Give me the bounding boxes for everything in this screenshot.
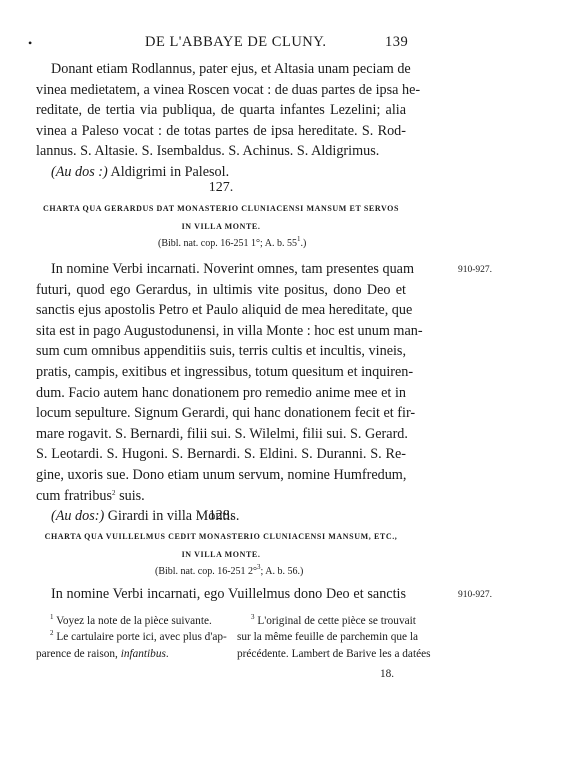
charter-title-128-line1: CHARTA QUA VUILLELMUS CEDIT MONASTERIO C… <box>36 532 406 541</box>
text-line: vinea a Paleso vocat : de totas partes d… <box>36 121 406 142</box>
text-line: vinea medietatem, a vinea Roscen vocat :… <box>36 80 406 101</box>
footnote-3-line3: précédente. Lambert de Barive les a daté… <box>237 646 407 662</box>
footnotes-left: 1 Voyez la note de la pièce suivante. 2 … <box>36 613 226 662</box>
endorsement-label: (Au dos :) <box>51 164 108 180</box>
text-line: sita est in pago Augustodunensi, in vill… <box>36 321 406 342</box>
footnote-text: L'original de cette pièce se trouvait <box>255 615 416 627</box>
source-ref-end: ; A. b. 56.) <box>261 566 304 577</box>
footnotes-right: 3 L'original de cette pièce se trouvait … <box>237 613 407 662</box>
text-line: futuri, quod ego Gerardus, in ultimis vi… <box>36 280 406 301</box>
text-line: S. Leotardi. S. Hugoni. S. Bernardi. S. … <box>36 444 406 465</box>
running-header: • DE L'ABBAYE DE CLUNY. 139 <box>0 34 565 54</box>
source-reference-127: (Bibl. nat. cop. 16-251 1°; A. b. 551.) <box>158 238 306 249</box>
charter-title-128-line2: IN VILLA MONTE. <box>36 550 406 559</box>
footnote-text: Voyez la note de la pièce suivante. <box>54 615 212 627</box>
source-reference-128: (Bibl. nat. cop. 16-251 2°3; A. b. 56.) <box>155 566 303 577</box>
intro-paragraph: Donant etiam Rodlannus, pater ejus, et A… <box>36 59 406 183</box>
margin-marker: • <box>28 36 33 51</box>
charter-title-127-line1: CHARTA QUA GERARDUS DAT MONASTERIO CLUNI… <box>36 204 406 213</box>
footnote-1: 1 Voyez la note de la pièce suivante. <box>36 613 226 629</box>
margin-date-127: 910-927. <box>458 265 492 275</box>
text-line: sum cum omnibus appenditiis suis, terris… <box>36 341 406 362</box>
footnote-text: Le cartulaire porte ici, avec plus d'ap- <box>54 631 227 643</box>
text-line: In nomine Verbi incarnati. Noverint omne… <box>36 259 406 280</box>
footnote-2: 2 Le cartulaire porte ici, avec plus d'a… <box>36 629 226 645</box>
footnote-3-line2: sur la même feuille de parchemin que la <box>237 629 407 645</box>
text-line: cum fratribus2 suis. <box>36 486 406 507</box>
text-line: In nomine Verbi incarnati, ego Vuillelmu… <box>36 584 406 605</box>
text-line: lannus. S. Altasie. S. Isembaldus. S. Ac… <box>36 141 406 162</box>
text-span: suis. <box>116 488 145 504</box>
text-span: cum fratribus <box>36 488 112 504</box>
footnote-3: 3 L'original de cette pièce se trouvait <box>237 613 407 629</box>
text-line: sanctis ejus apostolis Petro et Paulo al… <box>36 300 406 321</box>
text-line: dum. Facio autem hanc donationem pro rem… <box>36 383 406 404</box>
footnote-2-cont: parence de raison, infantibus. <box>36 646 226 662</box>
footnote-text: parence de raison, <box>36 648 121 660</box>
text-line: Donant etiam Rodlannus, pater ejus, et A… <box>36 59 406 80</box>
text-line: mare rogavit. S. Bernardi, filii sui. S.… <box>36 424 406 445</box>
text-line: reditate, de tertia via publiqua, de qua… <box>36 100 406 121</box>
footnote-italic: infantibus <box>121 648 166 660</box>
running-title: DE L'ABBAYE DE CLUNY. <box>145 34 326 51</box>
source-ref-text: (Bibl. nat. cop. 16-251 2° <box>155 566 257 577</box>
text-line: gine, uxoris sue. Dono etiam unum servum… <box>36 465 406 486</box>
signature-mark: 18. <box>380 666 394 682</box>
source-ref-end: .) <box>301 238 307 249</box>
charter-title-127-line2: IN VILLA MONTE. <box>36 222 406 231</box>
page-number: 139 <box>385 34 408 51</box>
footnote-text: . <box>166 648 169 660</box>
margin-date-128: 910-927. <box>458 590 492 600</box>
source-ref-text: (Bibl. nat. cop. 16-251 1°; A. b. 55 <box>158 238 297 249</box>
charter-number-127: 127. <box>36 180 406 196</box>
charter-number-128: 128. <box>36 508 406 524</box>
charter-127-body: In nomine Verbi incarnati. Noverint omne… <box>36 259 406 527</box>
charter-128-body: In nomine Verbi incarnati, ego Vuillelmu… <box>36 584 406 605</box>
text-line: pratis, campis, exitibus et ingressibus,… <box>36 362 406 383</box>
endorsement-text: Aldigrimi in Palesol. <box>108 164 229 180</box>
document-page: • DE L'ABBAYE DE CLUNY. 139 Donant etiam… <box>0 0 565 775</box>
text-line: locum sepulture. Signum Gerardi, qui han… <box>36 403 406 424</box>
